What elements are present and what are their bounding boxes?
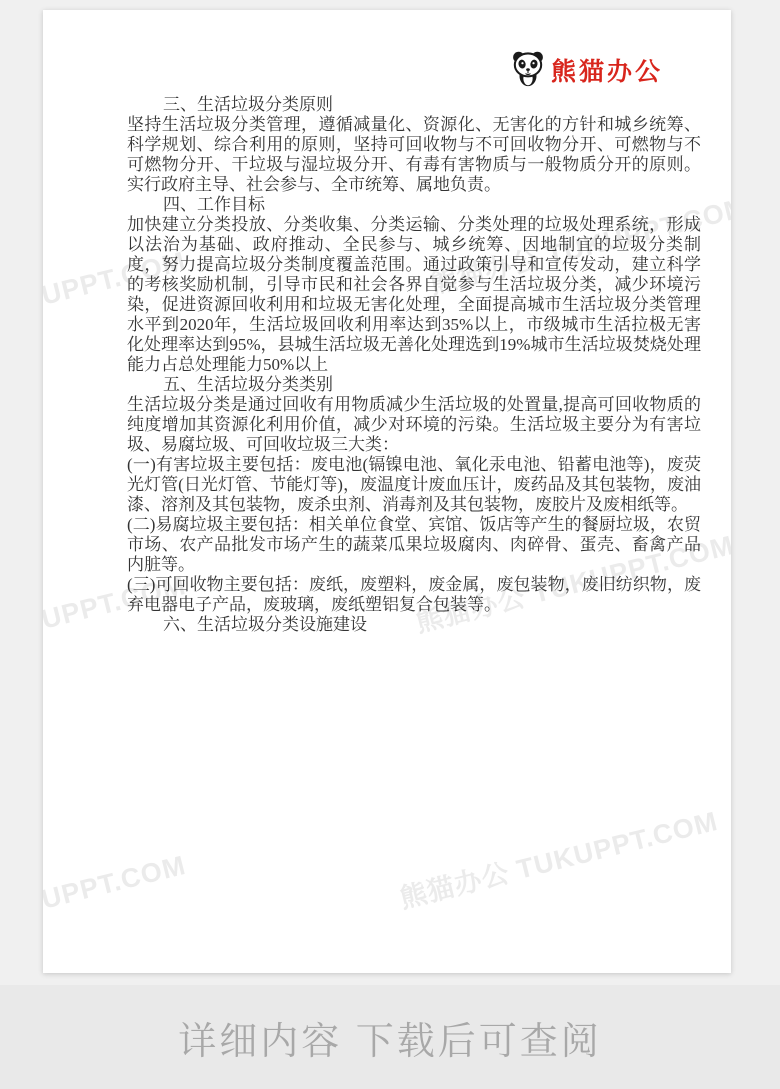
- paragraph-hazardous-waste: (一)有害垃圾主要包括：废电池(镉镍电池、氧化汞电池、铅蓄电池等)，废荧光灯管(…: [127, 455, 701, 515]
- section-heading-6: 六、生活垃圾分类设施建设: [127, 615, 701, 635]
- document-content: 三、生活垃圾分类原则 坚持生活垃圾分类管理，遵循减量化、资源化、无害化的方针和城…: [43, 10, 731, 635]
- paragraph-goals: 加快建立分类投放、分类收集、分类运输、分类处理的垃圾处理系统，形成以法治为基础、…: [127, 215, 701, 375]
- section-heading-4: 四、工作目标: [127, 195, 701, 215]
- section-heading-5: 五、生活垃圾分类类别: [127, 375, 701, 395]
- footer-notice-bar: 详细内容 下载后可查阅: [0, 985, 780, 1089]
- document-page: 熊猫办公 TUKUPPT.COM 熊猫办公 TUKUPPT.COM 熊猫办公 T…: [43, 10, 731, 973]
- document-preview-area: 熊猫办公 TUKUPPT.COM 熊猫办公 TUKUPPT.COM 熊猫办公 T…: [0, 0, 780, 985]
- watermark-text: 熊猫办公 TUKUPPT.COM: [43, 843, 189, 960]
- footer-notice: 详细内容 下载后可查阅: [178, 1010, 602, 1065]
- paragraph-categories-intro: 生活垃圾分类是通过回收有用物质减少生活垃圾的处置量,提高可回收物质的纯度增加其资…: [127, 395, 701, 455]
- paragraph-recyclable-waste: (三)可回收物主要包括：废纸，废塑料，废金属，废包装物，废旧纺织物，废弃电器电子…: [127, 575, 701, 615]
- page-canvas: 熊猫办公 TUKUPPT.COM 熊猫办公 TUKUPPT.COM 熊猫办公 T…: [0, 0, 780, 1089]
- watermark-text: 熊猫办公 TUKUPPT.COM: [395, 799, 721, 916]
- paragraph-principles: 坚持生活垃圾分类管理，遵循减量化、资源化、无害化的方针和城乡统筹、科学规划、综合…: [127, 115, 701, 195]
- paragraph-perishable-waste: (二)易腐垃圾主要包括：相关单位食堂、宾馆、饭店等产生的餐厨垃圾，农贸市场、农产…: [127, 515, 701, 575]
- section-heading-3: 三、生活垃圾分类原则: [127, 95, 701, 115]
